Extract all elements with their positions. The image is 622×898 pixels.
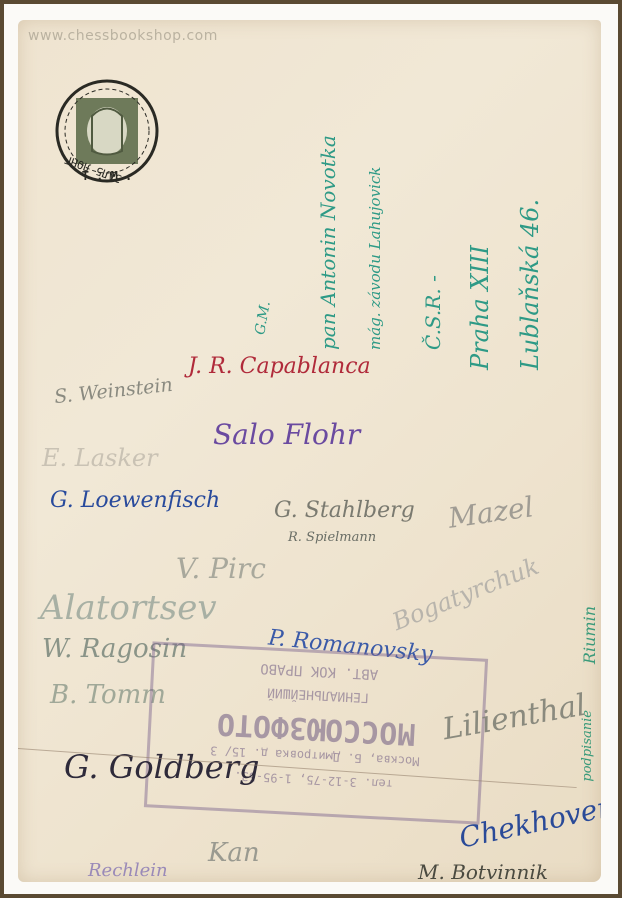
photo-mat: www.chessbookshop.com ЗАЛ5 ЛОНГ T . M . … <box>4 4 618 894</box>
address-line-3: Č.S.R. - <box>421 200 445 350</box>
signature-kan: Kan <box>208 838 260 868</box>
signature-pirc: V. Pirc <box>176 552 266 585</box>
postage-stamp: ЗАЛ5 ЛОНГ T . M . <box>52 76 162 186</box>
signature-loewenfisch: G. Loewenfisch <box>50 488 220 513</box>
address-line-4: Praha XIII <box>466 140 494 370</box>
address-line-1: pan Antonin Novotka <box>316 80 340 350</box>
signature-chekhover: Rechlein <box>88 860 168 881</box>
signature-capablanca: J. R. Capablanca <box>188 354 371 379</box>
signature-bogatyrchuk: Bogatyrchuk <box>388 552 543 636</box>
postcard: www.chessbookshop.com ЗАЛ5 ЛОНГ T . M . … <box>18 20 601 882</box>
signature-botvinnik: M. Botvinnik <box>418 860 548 882</box>
watermark-text: www.chessbookshop.com <box>28 28 218 44</box>
postmark-icon: ЗАЛ5 ЛОНГ T . M . <box>52 76 162 186</box>
signature-flohr: Salo Flohr <box>213 418 360 451</box>
signature-riumin: Riumin <box>580 606 599 664</box>
signature-alatortsev: Alatortsev <box>40 588 217 628</box>
signature-gm: G.M. <box>252 300 274 336</box>
signature-podpisanie: podpisanie <box>580 710 595 782</box>
address-block: pan Antonin Novotka mág. závodu Lahujovi… <box>316 70 586 350</box>
signature-mazel: Mazel <box>446 490 535 535</box>
signature-weinstein: S. Weinstein <box>53 374 174 408</box>
signature-spielmann: R. Spielmann <box>288 530 376 545</box>
svg-text:T . M .: T . M . <box>82 169 133 183</box>
address-line-2: mág. závodu Lahujovick <box>366 100 384 350</box>
signature-stahlberg: G. Stahlberg <box>274 498 415 523</box>
rubber-stamp: тел. 3-12-75, 1-95-53. Москва, Б. Дмитро… <box>144 641 488 824</box>
signature-lasker: E. Lasker <box>42 444 158 472</box>
address-line-5: Lublaňská 46. <box>516 90 544 370</box>
